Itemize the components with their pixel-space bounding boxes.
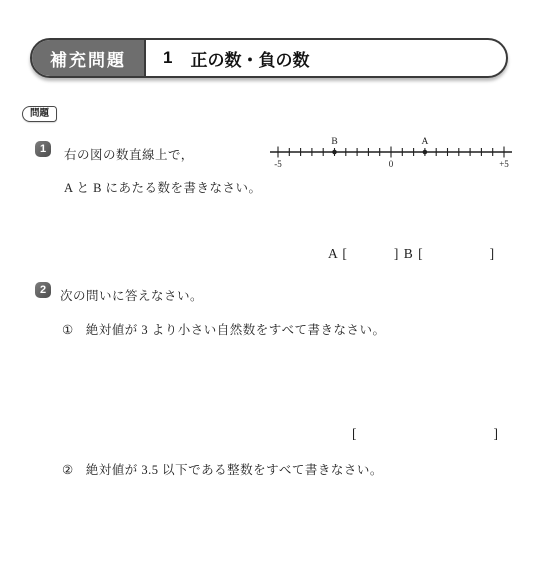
svg-text:-5: -5 bbox=[274, 159, 282, 169]
chapter-title: 1 正の数・負の数 bbox=[146, 40, 309, 76]
problem2-question2: ②絶対値が 3.5 以下である整数をすべて書きなさい。 bbox=[62, 460, 383, 478]
problem1-number-badge: 1 bbox=[35, 141, 51, 157]
chapter-header: 補充問題 1 正の数・負の数 bbox=[30, 38, 508, 78]
section-label: 問題 bbox=[22, 106, 57, 122]
question2-number: ② bbox=[62, 463, 74, 477]
problem1-text-line1: 右の図の数直線上で， bbox=[64, 145, 194, 163]
problem2-intro: 次の問いに答えなさい。 bbox=[60, 286, 203, 304]
question1-text: 絶対値が 3 より小さい自然数をすべて書きなさい。 bbox=[86, 323, 386, 337]
problem1-text-line2: A と B にあたる数を書きなさい。 bbox=[64, 178, 262, 196]
problem2-question1: ①絶対値が 3 より小さい自然数をすべて書きなさい。 bbox=[62, 320, 385, 338]
answer-b-close-bracket: ] bbox=[490, 246, 496, 262]
question1-number: ① bbox=[62, 323, 74, 337]
chapter-number: 1 bbox=[163, 48, 172, 68]
problem1-answer-line: A [ ] B [ ] bbox=[328, 246, 495, 262]
question2-text: 絶対値が 3.5 以下である整数をすべて書きなさい。 bbox=[86, 463, 383, 477]
svg-text:0: 0 bbox=[389, 159, 394, 169]
svg-text:B: B bbox=[331, 137, 337, 147]
answer-open-bracket: [ bbox=[352, 426, 357, 442]
svg-text:A: A bbox=[421, 137, 428, 147]
question1-answer-brackets: [ ] bbox=[352, 426, 498, 442]
worksheet-page: 補充問題 1 正の数・負の数 問題 1 右の図の数直線上で， A と B にあた… bbox=[0, 0, 535, 562]
svg-text:+5: +5 bbox=[499, 159, 509, 169]
number-line-figure: -50+5BA bbox=[266, 130, 532, 174]
supplement-tag: 補充問題 bbox=[32, 40, 146, 76]
answer-b-open-bracket: ] B [ bbox=[394, 246, 424, 262]
problem2-number-badge: 2 bbox=[35, 282, 51, 298]
answer-close-bracket: ] bbox=[494, 426, 499, 442]
chapter-name: 正の数・負の数 bbox=[190, 46, 309, 71]
answer-a-open-bracket: A [ bbox=[328, 246, 348, 262]
